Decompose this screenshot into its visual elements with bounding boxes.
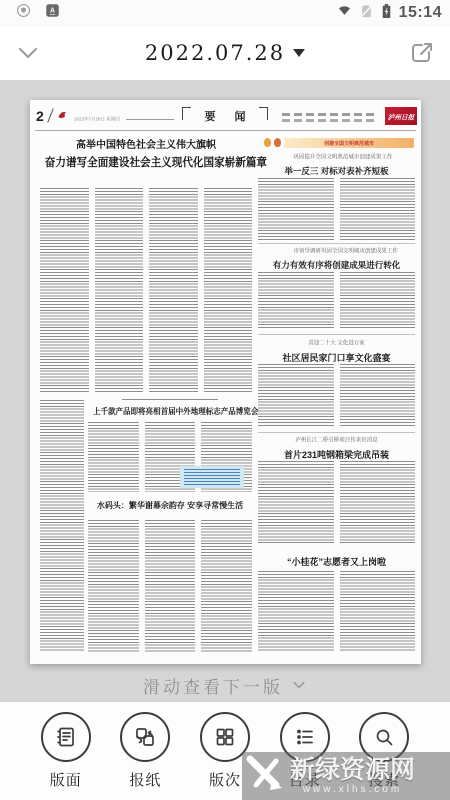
main-headline-line1: 高举中国特色社会主义伟大旗帜 bbox=[36, 136, 256, 151]
article-3-eyebrow: 喜迎二十大 文化进万家 bbox=[293, 338, 379, 346]
page-number: 2 bbox=[36, 108, 44, 124]
app-screen: A 15:14 2022.07.28 bbox=[0, 0, 450, 800]
main-headline-line2: 奋力谱写全面建设社会主义现代化国家崭新篇章 bbox=[45, 154, 247, 170]
header-bottom-rule bbox=[35, 130, 416, 131]
swipe-next-hint[interactable]: 滑动查看下一版 bbox=[0, 672, 450, 698]
civility-banner: 创建全国文明典范城市 bbox=[264, 136, 414, 149]
swipe-hint-text: 滑动查看下一版 bbox=[143, 673, 283, 698]
wifi-icon bbox=[336, 3, 353, 23]
article-6-headline: 首片231吨钢箱梁完成吊装 bbox=[258, 448, 415, 461]
article-5-headline[interactable]: 水码头：繁华谢幕余韵存 安享寻常慢生活 bbox=[88, 500, 252, 511]
section-header: 要 闻 bbox=[182, 107, 268, 127]
watermark-xl-logo-icon bbox=[244, 754, 288, 799]
banner-text: 创建全国文明典范城市 bbox=[324, 139, 374, 147]
article-7-headline[interactable]: “小桂花”志愿者又上岗啦 bbox=[258, 555, 415, 568]
article-divider bbox=[258, 243, 415, 244]
battery-charging-icon bbox=[380, 2, 393, 25]
toolbar-label: 版面 bbox=[50, 769, 82, 790]
article-1[interactable]: 巩固提升全国文明典范城市创建成果工作 举一反三 对标对表补齐短板 bbox=[258, 152, 415, 177]
article-4-headline[interactable]: 上千款产品即将亮相首届中外地理标志产品博览会 bbox=[93, 406, 247, 417]
toolbar-item-pages[interactable]: 版面 bbox=[41, 712, 91, 790]
dropdown-caret-icon bbox=[293, 49, 305, 57]
article-3[interactable]: 喜迎二十大 文化进万家 社区居民家门口享文化盛宴 bbox=[258, 338, 415, 364]
article-main-headline[interactable]: 高举中国特色社会主义伟大旗帜 奋力谱写全面建设社会主义现代化国家崭新篇章 bbox=[36, 136, 256, 170]
assistant-app-icon: A bbox=[45, 3, 60, 23]
masthead-bird-logo-icon bbox=[57, 108, 69, 126]
article-3-headline: 社区居民家门口享文化盛宴 bbox=[258, 351, 415, 364]
current-date: 2022.07.28 bbox=[145, 41, 285, 65]
article-divider bbox=[258, 334, 415, 335]
nav-bar: 2022.07.28 bbox=[0, 26, 450, 80]
article-6-eyebrow: 泸州长江二桥引桥项目传来好消息 bbox=[293, 435, 379, 443]
left-column-body bbox=[40, 400, 84, 652]
chevron-down-icon bbox=[291, 677, 307, 693]
banner-figure-icon bbox=[264, 138, 271, 147]
header-divider bbox=[47, 108, 54, 122]
article-7-body bbox=[258, 571, 415, 652]
editors-line-placeholder bbox=[282, 113, 374, 116]
article-4-eyebrow-placeholder bbox=[122, 399, 218, 402]
article-3-body bbox=[258, 364, 415, 428]
toolbar-label: 报纸 bbox=[129, 769, 161, 790]
article-6[interactable]: 泸州长江二桥引桥项目传来好消息 首片231吨钢箱梁完成吊装 bbox=[258, 435, 415, 461]
highlight-note-box bbox=[180, 466, 244, 488]
section-title: 要 闻 bbox=[204, 111, 253, 123]
article-5-body bbox=[88, 520, 252, 652]
article-1-headline: 举一反三 对标对表补齐短板 bbox=[258, 165, 415, 177]
article-2[interactable]: 市领导调研巩固全国文明城市创建成果工作 有力有效有序将创建成果进行转化 bbox=[258, 246, 415, 271]
article-divider bbox=[258, 432, 415, 433]
sim-disabled-icon bbox=[359, 3, 374, 24]
banner-figure-icon bbox=[274, 138, 281, 147]
toolbar-item-newspapers[interactable]: 报纸 bbox=[120, 712, 170, 790]
article-2-body bbox=[258, 272, 415, 330]
article-6-body bbox=[258, 461, 415, 545]
watermark: 新绿资源网 www.xlhs.com bbox=[242, 752, 450, 800]
svg-text:A: A bbox=[50, 7, 55, 14]
status-bar: A 15:14 bbox=[0, 0, 450, 26]
share-button[interactable] bbox=[408, 39, 436, 67]
toolbar-label: 版次 bbox=[209, 769, 241, 790]
header-rule-left bbox=[126, 119, 174, 120]
layout-page-icon bbox=[41, 712, 91, 762]
editors-line-placeholder bbox=[282, 119, 374, 122]
newspaper-page[interactable]: 2 2022年7月28日 星期四 要 闻 泸州日报 高举中国特色社会主义伟大旗帜… bbox=[30, 100, 421, 664]
article-2-headline: 有力有效有序将创建成果进行转化 bbox=[258, 259, 415, 271]
date-selector[interactable]: 2022.07.28 bbox=[0, 26, 450, 80]
masthead-box: 泸州日报 bbox=[385, 107, 417, 125]
paper-date-line: 2022年7月28日 星期四 bbox=[74, 115, 120, 122]
watermark-site-url: www.xlhs.com bbox=[303, 784, 402, 795]
article-2-eyebrow: 市领导调研巩固全国文明城市创建成果工作 bbox=[293, 246, 379, 254]
switch-paper-icon bbox=[120, 712, 170, 762]
masthead-title: 泸州日报 bbox=[388, 111, 414, 121]
vpn-shield-icon bbox=[16, 3, 31, 23]
article-1-body bbox=[258, 178, 415, 240]
watermark-site-name: 新绿资源网 bbox=[290, 757, 415, 783]
main-article-body bbox=[40, 188, 252, 392]
article-1-eyebrow: 巩固提升全国文明典范城市创建成果工作 bbox=[293, 152, 379, 160]
status-time: 15:14 bbox=[399, 4, 442, 22]
